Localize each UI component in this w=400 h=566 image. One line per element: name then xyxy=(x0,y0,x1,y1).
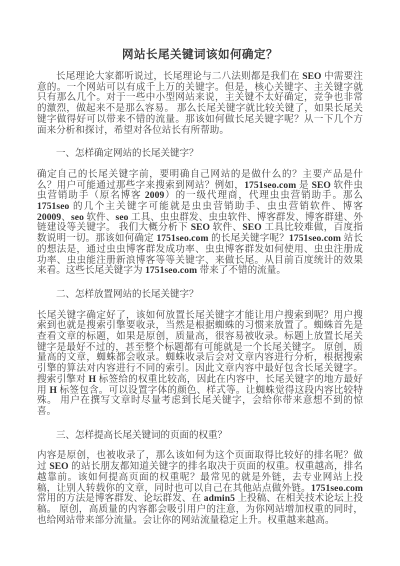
paragraph-section-3: 内容是原创，也被收录了，那么该如何为这个页面取得比较好的排名呢？做过 SEO 的… xyxy=(37,451,363,526)
section-heading-1: 一、怎样确定网站的长尾关键字？ xyxy=(37,149,363,160)
document-page: 网站长尾关键词该如何确定？ 长尾理论大家都听说过，长尾理论与二八法则都是我们在 … xyxy=(0,0,400,566)
paragraph-section-2: 长尾关键字确定好了，该如何放置长尾关键字才能让用户搜索到呢？用户搜索到也就是搜索… xyxy=(37,311,363,418)
paragraph-intro: 长尾理论大家都听说过，长尾理论与二八法则都是我们在 SEO 中需要注意的。一个网… xyxy=(37,72,363,136)
section-heading-3: 三、怎样提高长尾关键词的页面的权重？ xyxy=(37,431,363,442)
article-title: 网站长尾关键词该如何确定？ xyxy=(37,46,363,62)
section-heading-2: 二、怎样放置网站的长尾关键字？ xyxy=(37,290,363,301)
paragraph-section-1: 确定自己的长尾关键字前，要明确自己网站的是做什么的？主要产品是什么？用户可能通过… xyxy=(37,170,363,277)
